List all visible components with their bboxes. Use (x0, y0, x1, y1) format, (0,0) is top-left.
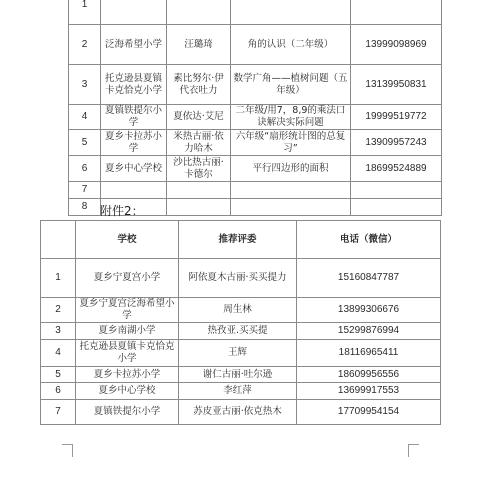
school-cell: 夏镇铁提尔小学 (101, 105, 167, 130)
school-cell (101, 182, 167, 199)
teacher-cell (167, 0, 231, 25)
teacher-cell: 素比努尔·伊代衣吐力 (167, 65, 231, 105)
school-cell: 托克逊县夏镇卡克恰克小学 (101, 65, 167, 105)
judge-cell: 苏皮亚古丽·依克热木 (179, 400, 297, 425)
phone-cell (351, 182, 442, 199)
row-index: 5 (41, 367, 76, 383)
table-row: 5 夏乡卡拉苏小学 米热古丽·依力哈木 六年级“扇形统计图的总复习” 13909… (69, 130, 442, 156)
row-index: 8 (69, 199, 101, 216)
table-row: 2 泛海希望小学 汪璐琦 角的认识（二年级） 13999098969 (69, 25, 442, 65)
topic-cell (231, 199, 351, 216)
phone-cell: 15160847787 (297, 259, 441, 298)
row-index: 1 (69, 0, 101, 25)
row-index: 1 (41, 259, 76, 298)
table-header-row: 学校 推荐评委 电话（微信） (41, 221, 441, 259)
table-row: 4 托克逊县夏镇卡克恰克小学 王辉 18116965411 (41, 340, 441, 367)
table-row: 1 (69, 0, 442, 25)
judge-cell: 李红萍 (179, 383, 297, 400)
table-row: 6 夏乡中心学校 沙比热古丽·卡德尔 平行四边形的面积 18699524889 (69, 156, 442, 182)
teacher-cell: 汪璐琦 (167, 25, 231, 65)
school-cell: 夏乡卡拉苏小学 (76, 367, 179, 383)
school-cell (101, 0, 167, 25)
school-cell: 夏乡南湖小学 (76, 323, 179, 340)
phone-cell: 13899306676 (297, 298, 441, 323)
phone-cell: 18116965411 (297, 340, 441, 367)
school-cell: 夏乡中心学校 (101, 156, 167, 182)
judge-table: 学校 推荐评委 电话（微信） 1 夏乡宁夏宫小学 阿依夏木古丽·买买提力 151… (40, 220, 441, 425)
row-index: 2 (41, 298, 76, 323)
table-row: 6 夏乡中心学校 李红萍 13699917553 (41, 383, 441, 400)
row-index: 4 (69, 105, 101, 130)
phone-cell: 15299876994 (297, 323, 441, 340)
row-index: 6 (41, 383, 76, 400)
header-school: 学校 (76, 221, 179, 259)
phone-cell: 13909957243 (351, 130, 442, 156)
topic-cell (231, 182, 351, 199)
judge-cell: 阿依夏木古丽·买买提力 (179, 259, 297, 298)
row-index: 3 (41, 323, 76, 340)
row-index: 7 (41, 400, 76, 425)
teacher-table: 1 2 泛海希望小学 汪璐琦 角的认识（二年级） 13999098969 3 托… (68, 0, 442, 216)
table-row: 7 (69, 182, 442, 199)
page-corner-mark-right (408, 444, 419, 457)
topic-cell: 平行四边形的面积 (231, 156, 351, 182)
topic-cell: 角的认识（二年级） (231, 25, 351, 65)
judge-cell: 周生林 (179, 298, 297, 323)
row-index: 2 (69, 25, 101, 65)
school-cell: 夏乡宁夏宫泛海希望小学 (76, 298, 179, 323)
school-cell: 夏乡宁夏宫小学 (76, 259, 179, 298)
row-index: 5 (69, 130, 101, 156)
topic-cell (231, 0, 351, 25)
school-cell: 夏乡卡拉苏小学 (101, 130, 167, 156)
phone-cell: 17709954154 (297, 400, 441, 425)
phone-cell: 18609956556 (297, 367, 441, 383)
row-index: 6 (69, 156, 101, 182)
teacher-cell: 夏依达·艾尼 (167, 105, 231, 130)
judge-cell: 王辉 (179, 340, 297, 367)
school-cell: 夏乡中心学校 (76, 383, 179, 400)
school-cell: 泛海希望小学 (101, 25, 167, 65)
topic-cell: 二年级/用7，8,9的乘法口诀解决实际问题 (231, 105, 351, 130)
phone-cell: 18699524889 (351, 156, 442, 182)
row-index: 4 (41, 340, 76, 367)
phone-cell: 13139950831 (351, 65, 442, 105)
table-row: 3 夏乡南湖小学 热孜亚.买买提 15299876994 (41, 323, 441, 340)
page-corner-mark-left (62, 444, 73, 457)
row-index: 7 (69, 182, 101, 199)
school-cell: 夏镇铁提尔小学 (76, 400, 179, 425)
teacher-cell (167, 182, 231, 199)
topic-cell: 六年级“扇形统计图的总复习” (231, 130, 351, 156)
judge-cell: 热孜亚.买买提 (179, 323, 297, 340)
table-row: 3 托克逊县夏镇卡克恰克小学 素比努尔·伊代衣吐力 数学广角——植树问题（五年级… (69, 65, 442, 105)
teacher-cell (167, 199, 231, 216)
teacher-cell: 沙比热古丽·卡德尔 (167, 156, 231, 182)
school-cell: 托克逊县夏镇卡克恰克小学 (76, 340, 179, 367)
attachment-title: 附件2： (100, 202, 144, 219)
row-index: 3 (69, 65, 101, 105)
phone-cell: 13699917553 (297, 383, 441, 400)
judge-cell: 谢仁古丽·吐尔逊 (179, 367, 297, 383)
teacher-cell: 米热古丽·依力哈木 (167, 130, 231, 156)
header-index (41, 221, 76, 259)
table-row: 5 夏乡卡拉苏小学 谢仁古丽·吐尔逊 18609956556 (41, 367, 441, 383)
table-row: 1 夏乡宁夏宫小学 阿依夏木古丽·买买提力 15160847787 (41, 259, 441, 298)
phone-cell (351, 199, 442, 216)
table-row: 2 夏乡宁夏宫泛海希望小学 周生林 13899306676 (41, 298, 441, 323)
phone-cell (351, 0, 442, 25)
phone-cell: 19999519772 (351, 105, 442, 130)
table-row: 7 夏镇铁提尔小学 苏皮亚古丽·依克热木 17709954154 (41, 400, 441, 425)
phone-cell: 13999098969 (351, 25, 442, 65)
table-row: 4 夏镇铁提尔小学 夏依达·艾尼 二年级/用7，8,9的乘法口诀解决实际问题 1… (69, 105, 442, 130)
header-judge: 推荐评委 (179, 221, 297, 259)
header-phone: 电话（微信） (297, 221, 441, 259)
topic-cell: 数学广角——植树问题（五年级） (231, 65, 351, 105)
